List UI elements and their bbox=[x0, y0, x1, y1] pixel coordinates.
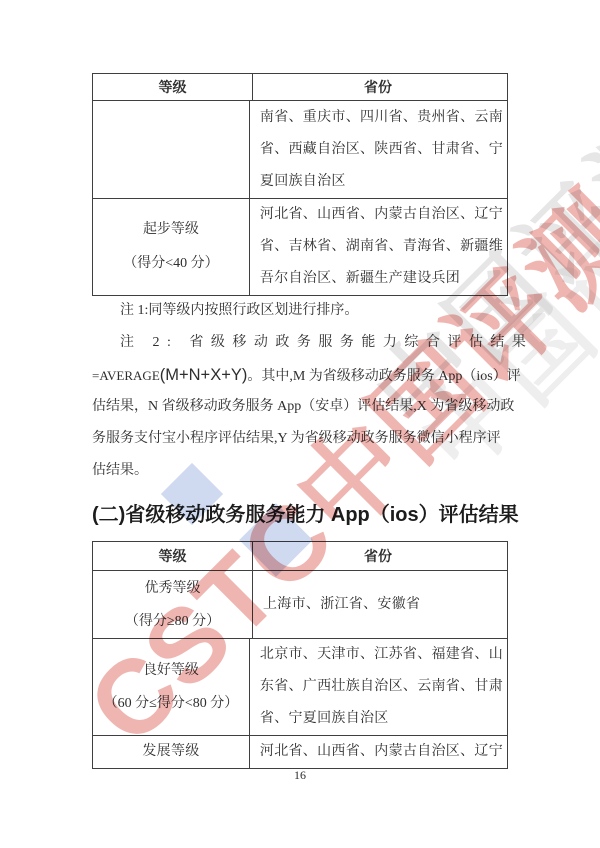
level-cell: 良好等级 （60 分≤得分<80 分） bbox=[93, 639, 250, 735]
province-line: 河北省、山西省、内蒙古自治区、辽宁 bbox=[260, 736, 503, 768]
level-name: 良好等级 bbox=[143, 654, 199, 687]
table-row: 良好等级 （60 分≤得分<80 分） 北京市、天津市、江苏省、福建省、山 东省… bbox=[93, 638, 507, 735]
note-2-line: =AVERAGE(M+N+X+Y)。其中,M 为省级移动政务服务 App（ios… bbox=[92, 359, 508, 391]
province-line: 北京市、天津市、江苏省、福建省、山 bbox=[260, 639, 503, 671]
document-page: 中国评测 中国评测 等级 省份 南省、重庆市、四川省、贵州省、云南 省、西藏自治… bbox=[0, 0, 600, 848]
province-line: 省、西藏自治区、陕西省、甘肃省、宁 bbox=[260, 134, 503, 166]
header-province: 省份 bbox=[253, 74, 507, 100]
note-2-line: 注 2: 省级移动政务服务能力综合评估结果 bbox=[92, 327, 508, 359]
province-cell: 上海市、浙江省、安徽省 bbox=[253, 571, 507, 638]
province-cell: 南省、重庆市、四川省、贵州省、云南 省、西藏自治区、陕西省、甘肃省、宁 夏回族自… bbox=[250, 101, 507, 198]
level-cell: 优秀等级 （得分≥80 分） bbox=[93, 571, 253, 638]
level-score-range: （得分<40 分） bbox=[123, 247, 218, 281]
table-row: 发展等级 河北省、山西省、内蒙古自治区、辽宁 bbox=[93, 735, 507, 768]
table-row: 起步等级 （得分<40 分） 河北省、山西省、内蒙古自治区、辽宁 省、吉林省、湖… bbox=[93, 198, 507, 295]
table-header-row: 等级 省份 bbox=[93, 74, 507, 100]
header-level: 等级 bbox=[93, 542, 253, 570]
level-score-range: （60 分≤得分<80 分） bbox=[104, 687, 239, 720]
section-title: (二)省级移动政务服务能力 App（ios）评估结果 bbox=[92, 502, 552, 528]
average-formula-args: (M+N+X+Y) bbox=[160, 366, 248, 384]
province-line: 省、宁夏回族自治区 bbox=[260, 703, 503, 735]
table-row: 优秀等级 （得分≥80 分） 上海市、浙江省、安徽省 bbox=[93, 570, 507, 638]
province-line: 南省、重庆市、四川省、贵州省、云南 bbox=[260, 102, 503, 134]
province-line: 东省、广西壮族自治区、云南省、甘肃 bbox=[260, 671, 503, 703]
province-line: 省、吉林省、湖南省、青海省、新疆维 bbox=[260, 231, 503, 263]
province-cell: 北京市、天津市、江苏省、福建省、山 东省、广西壮族自治区、云南省、甘肃 省、宁夏… bbox=[250, 639, 507, 735]
table-row: 南省、重庆市、四川省、贵州省、云南 省、西藏自治区、陕西省、甘肃省、宁 夏回族自… bbox=[93, 100, 507, 198]
average-formula-name: =AVERAGE bbox=[92, 368, 160, 383]
note-2-line: 务服务支付宝小程序评估结果,Y 为省级移动政务服务微信小程序评 bbox=[92, 423, 508, 455]
note-2-line-rest: 。其中,M 为省级移动政务服务 App（ios）评 bbox=[247, 369, 520, 384]
note-1: 注 1:同等级内按照行政区划进行排序。 bbox=[92, 303, 508, 319]
table-app-ios-result: 等级 省份 优秀等级 （得分≥80 分） 上海市、浙江省、安徽省 良好等级 （6… bbox=[92, 541, 508, 769]
level-name: 起步等级 bbox=[143, 213, 199, 247]
level-cell: 发展等级 bbox=[93, 736, 250, 768]
province-line: 夏回族自治区 bbox=[260, 166, 503, 198]
level-cell-empty bbox=[93, 101, 250, 198]
province-cell: 河北省、山西省、内蒙古自治区、辽宁 省、吉林省、湖南省、青海省、新疆维 吾尔自治… bbox=[250, 199, 507, 295]
level-cell: 起步等级 （得分<40 分） bbox=[93, 199, 250, 295]
province-line: 吾尔自治区、新疆生产建设兵团 bbox=[260, 263, 503, 295]
note-2-line: 估结果，N 省级移动政务服务 App（安卓）评估结果,X 为省级移动政 bbox=[92, 391, 508, 423]
province-line: 河北省、山西省、内蒙古自治区、辽宁 bbox=[260, 199, 503, 231]
page-number: 16 bbox=[0, 768, 600, 783]
province-cell: 河北省、山西省、内蒙古自治区、辽宁 bbox=[250, 736, 507, 768]
level-name: 发展等级 bbox=[142, 736, 199, 768]
table-header-row: 等级 省份 bbox=[93, 542, 507, 570]
table-overall-result: 等级 省份 南省、重庆市、四川省、贵州省、云南 省、西藏自治区、陕西省、甘肃省、… bbox=[92, 73, 508, 296]
level-name: 优秀等级 bbox=[145, 572, 201, 605]
province-line: 上海市、浙江省、安徽省 bbox=[263, 589, 503, 621]
note-2-line: 估结果。 bbox=[92, 455, 508, 487]
level-score-range: （得分≥80 分） bbox=[125, 605, 220, 638]
header-level: 等级 bbox=[93, 74, 253, 100]
header-province: 省份 bbox=[253, 542, 507, 570]
note-2: 注 2: 省级移动政务服务能力综合评估结果 =AVERAGE(M+N+X+Y)。… bbox=[92, 327, 508, 487]
note-1-text: 注 1:同等级内按照行政区划进行排序。 bbox=[120, 303, 358, 318]
